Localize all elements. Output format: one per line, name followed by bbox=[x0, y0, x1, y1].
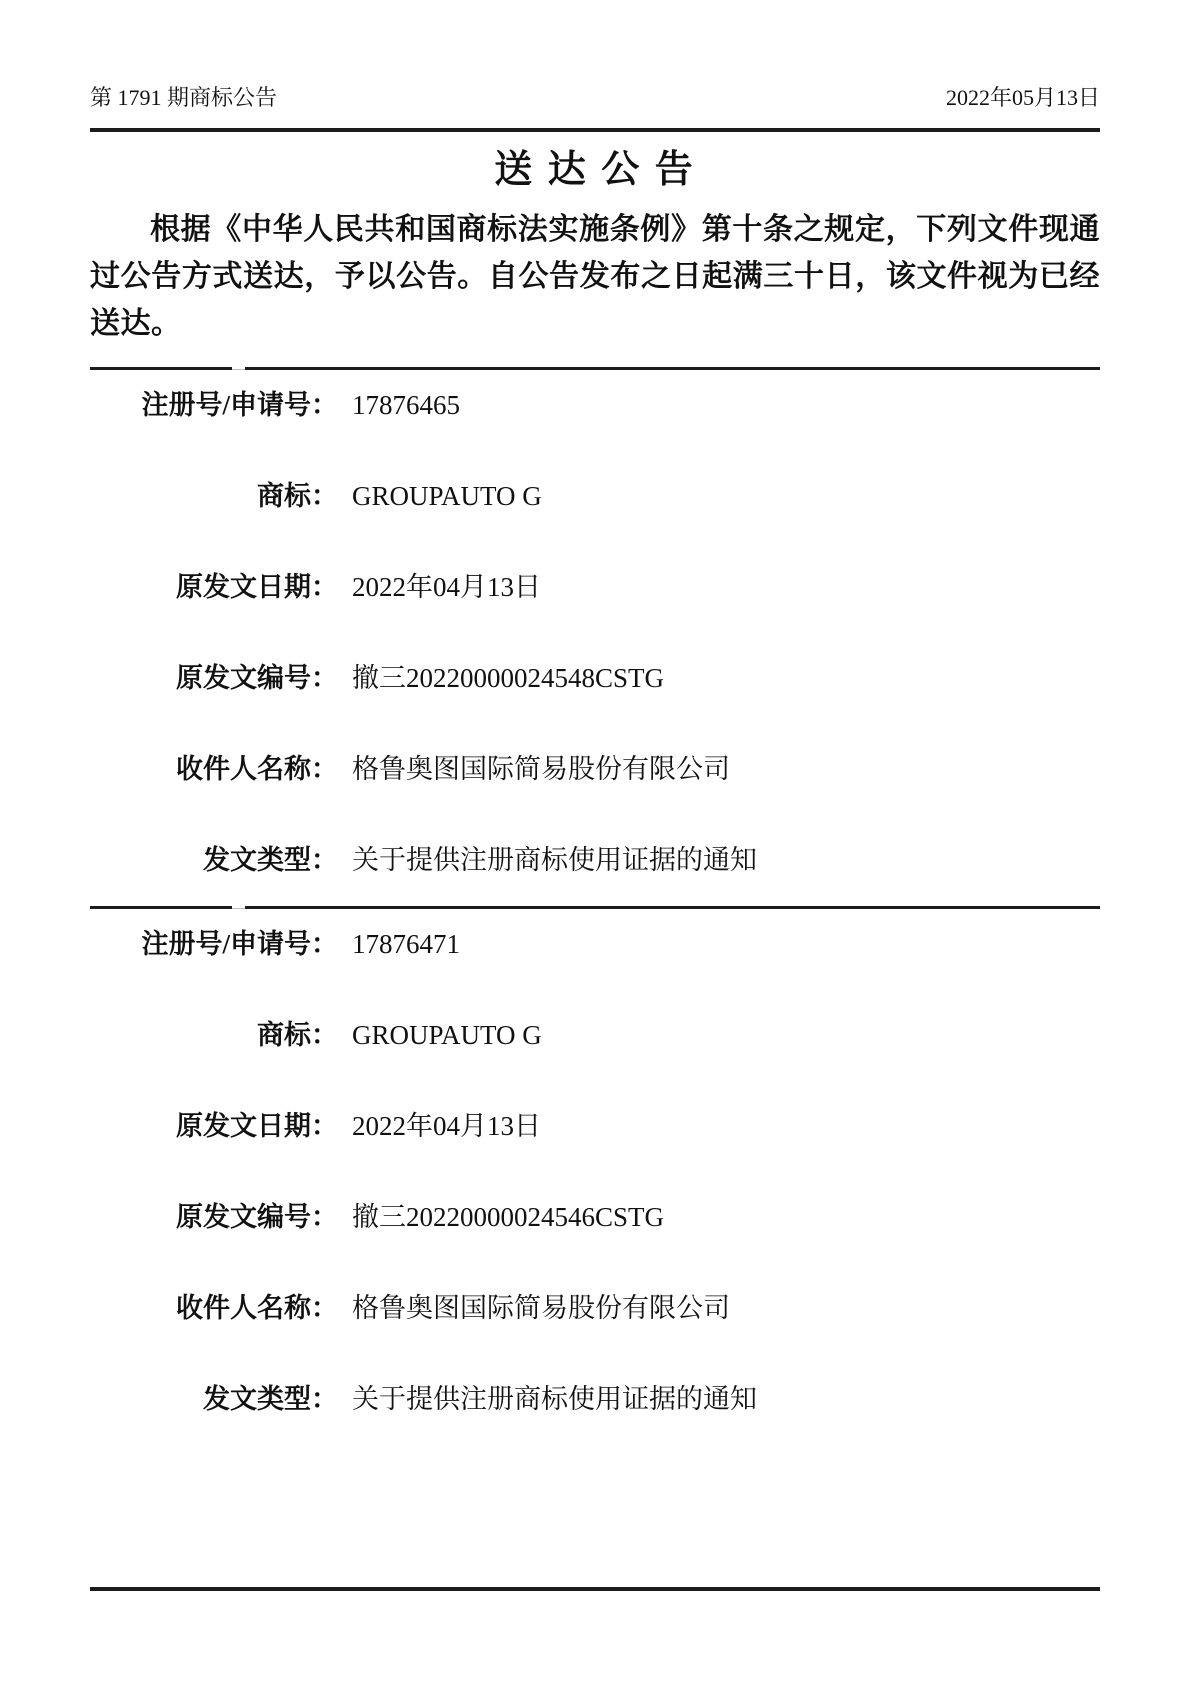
record-2: 注册号/申请号： 17876471 商标： GROUPAUTO G 原发文日期：… bbox=[90, 909, 1100, 1417]
field-label: 原发文编号： bbox=[90, 1199, 338, 1235]
field-label: 原发文编号： bbox=[90, 660, 338, 696]
field-value: 2022年04月13日 bbox=[352, 1108, 541, 1144]
divider-segment-right bbox=[245, 367, 1100, 370]
field-row-trademark: 商标： GROUPAUTO G bbox=[90, 478, 1100, 514]
divider-segment-gap bbox=[232, 367, 245, 370]
field-row-original-document-number: 原发文编号： 撤三20220000024546CSTG bbox=[90, 1199, 1100, 1235]
record-1: 注册号/申请号： 17876465 商标： GROUPAUTO G 原发文日期：… bbox=[90, 370, 1100, 878]
field-value: 17876465 bbox=[352, 387, 460, 423]
field-row-trademark: 商标： GROUPAUTO G bbox=[90, 1017, 1100, 1053]
field-row-document-type: 发文类型： 关于提供注册商标使用证据的通知 bbox=[90, 1381, 1100, 1417]
page-title: 送 达 公 告 bbox=[90, 148, 1100, 192]
field-value: 2022年04月13日 bbox=[352, 569, 541, 605]
field-label: 注册号/申请号： bbox=[90, 387, 338, 423]
field-row-recipient-name: 收件人名称： 格鲁奥图国际简易股份有限公司 bbox=[90, 751, 1100, 787]
header-date: 2022年05月13日 bbox=[946, 86, 1100, 110]
divider-segment-left bbox=[90, 367, 232, 370]
field-value: 格鲁奥图国际简易股份有限公司 bbox=[352, 1290, 730, 1326]
record-divider-1 bbox=[90, 367, 1100, 370]
field-value: 撤三20220000024546CSTG bbox=[352, 1199, 664, 1235]
field-label: 原发文日期： bbox=[90, 569, 338, 605]
intro-paragraph: 根据《中华人民共和国商标法实施条例》第十条之规定，下列文件现通过公告方式送达，予… bbox=[90, 206, 1100, 347]
document-page: 第 1791 期商标公告 2022年05月13日 送 达 公 告 根据《中华人民… bbox=[0, 0, 1190, 1684]
field-row-registration-number: 注册号/申请号： 17876465 bbox=[90, 387, 1100, 423]
field-value: 17876471 bbox=[352, 926, 460, 962]
field-value: 撤三20220000024548CSTG bbox=[352, 660, 664, 696]
divider-segment-right bbox=[245, 906, 1100, 909]
field-label: 注册号/申请号： bbox=[90, 926, 338, 962]
field-label: 收件人名称： bbox=[90, 751, 338, 787]
header-rule bbox=[90, 128, 1100, 132]
field-row-original-issue-date: 原发文日期： 2022年04月13日 bbox=[90, 569, 1100, 605]
field-row-original-issue-date: 原发文日期： 2022年04月13日 bbox=[90, 1108, 1100, 1144]
field-row-original-document-number: 原发文编号： 撤三20220000024548CSTG bbox=[90, 660, 1100, 696]
field-label: 原发文日期： bbox=[90, 1108, 338, 1144]
field-label: 商标： bbox=[90, 1017, 338, 1053]
field-label: 商标： bbox=[90, 478, 338, 514]
field-label: 发文类型： bbox=[90, 842, 338, 878]
header-issue-label: 第 1791 期商标公告 bbox=[90, 86, 277, 110]
footer-rule bbox=[90, 1587, 1100, 1591]
field-value: 关于提供注册商标使用证据的通知 bbox=[352, 1381, 757, 1417]
field-value: 关于提供注册商标使用证据的通知 bbox=[352, 842, 757, 878]
record-divider-2 bbox=[90, 906, 1100, 909]
field-value: GROUPAUTO G bbox=[352, 1017, 542, 1053]
field-row-recipient-name: 收件人名称： 格鲁奥图国际简易股份有限公司 bbox=[90, 1290, 1100, 1326]
field-row-registration-number: 注册号/申请号： 17876471 bbox=[90, 926, 1100, 962]
divider-segment-left bbox=[90, 906, 232, 909]
field-row-document-type: 发文类型： 关于提供注册商标使用证据的通知 bbox=[90, 842, 1100, 878]
page-header: 第 1791 期商标公告 2022年05月13日 bbox=[90, 86, 1100, 110]
field-value: 格鲁奥图国际简易股份有限公司 bbox=[352, 751, 730, 787]
field-label: 发文类型： bbox=[90, 1381, 338, 1417]
divider-segment-gap bbox=[232, 906, 245, 909]
field-value: GROUPAUTO G bbox=[352, 478, 542, 514]
field-label: 收件人名称： bbox=[90, 1290, 338, 1326]
